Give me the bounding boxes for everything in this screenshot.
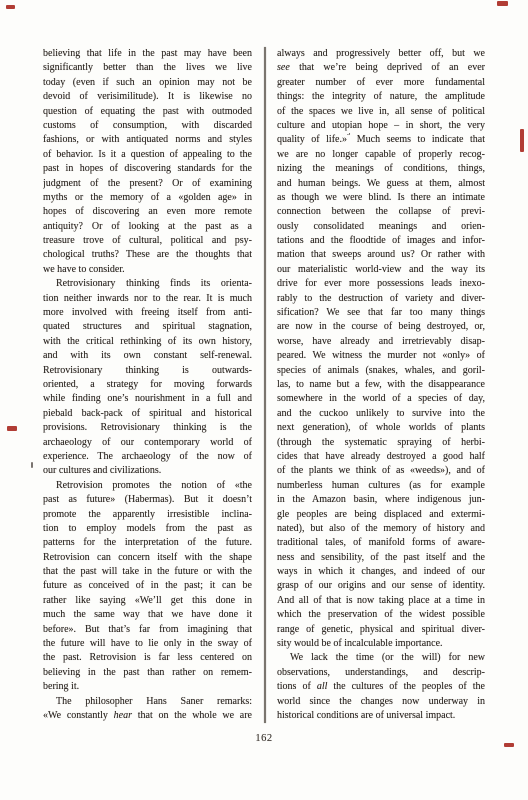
text-line: much the same way that we have done it	[43, 608, 252, 622]
text-line: somewhere in the world of a species of d…	[277, 392, 485, 406]
text-line: greater number of ever more fundamental	[277, 76, 485, 90]
text-line: more involved with freeing itself from a…	[43, 306, 252, 320]
text-line: while finding one’s nourishment in a ful…	[43, 392, 252, 406]
text-line: question of equating the past with outmo…	[43, 105, 252, 119]
text-line: before». But that’s far from imagining t…	[43, 623, 252, 637]
scan-edge-mark	[497, 1, 508, 6]
text-line: are now in the course of being destroyed…	[277, 320, 485, 334]
text-line: see that we’re being deprived of an ever	[277, 61, 485, 75]
text-line: historical conditions are of universal i…	[277, 709, 485, 723]
text-line: past as future» (Habermas). But it doesn…	[43, 493, 252, 507]
page-number: 162	[0, 733, 528, 744]
text-line: our materialistic world-view and the way…	[277, 263, 485, 277]
text-line: the future will have to lie only in the …	[43, 637, 252, 651]
text-line: customs of consumption, with discarded	[43, 119, 252, 133]
scan-edge-mark	[504, 743, 514, 747]
text-line: species of animals (snakes, whales, and …	[277, 364, 485, 378]
text-line: rably to the destruction of variety and …	[277, 292, 485, 306]
text-line: quated structures and spiritual stagnati…	[43, 320, 252, 334]
text-line: hopes of discovering an even more remote	[43, 205, 252, 219]
text-line: always and progressively better off, but…	[277, 47, 485, 61]
text-line: mation that sweeps around us? Or rather …	[277, 248, 485, 262]
scan-edge-mark	[7, 426, 17, 431]
text-line: We lack the time (or the will) for new	[277, 651, 485, 665]
text-line: devoid of verisimilitude). It is likewis…	[43, 90, 252, 104]
text-line: our cultures and civilizations.	[43, 464, 252, 478]
text-line: bering it.	[43, 680, 252, 694]
text-line: fashions, or with antiquated norms and s…	[43, 133, 252, 147]
text-line: provisions. Retrovisionary thinking is t…	[43, 421, 252, 435]
text-line: numberless human cultures (as for exampl…	[277, 479, 485, 493]
text-line: ously consolidated meanings and orien-	[277, 220, 485, 234]
text-line: world since the changes now underway in	[277, 695, 485, 709]
text-line: tion neither inwards nor to the rear. It…	[43, 292, 252, 306]
text-line: gle peoples are being displaced and exte…	[277, 508, 485, 522]
text-line: Retrovision promotes the notion of «the	[43, 479, 252, 493]
text-line: future as conceived of in the past; it c…	[43, 579, 252, 593]
text-line: that the past will take in the future or…	[43, 565, 252, 579]
text-line: tions of all the cultures of the peoples…	[277, 680, 485, 694]
text-line: experience. The archaeology of the now o…	[43, 450, 252, 464]
text-line: archaeology of our contemporary world of	[43, 436, 252, 450]
text-line: sification? We see that far too many thi…	[277, 306, 485, 320]
text-line: promote the apparently irresistible incl…	[43, 508, 252, 522]
text-line: range of genetic, physical and spiritual…	[277, 623, 485, 637]
text-line: with the critical rethinking of its own …	[43, 335, 252, 349]
text-line: And all of that is now taking place at a…	[277, 594, 485, 608]
text-line: observations, understandings, and descri…	[277, 666, 485, 680]
text-line: sity would be of incalculable importance…	[277, 637, 485, 651]
text-line: Retrovisionary thinking finds its orient…	[43, 277, 252, 291]
text-line: quality of life.»3 Much seems to indicat…	[277, 133, 485, 147]
scan-edge-mark	[6, 5, 15, 9]
text-line: (through the systematic spraying of herb…	[277, 436, 485, 450]
text-line: oriented, a strategy for moving forwards	[43, 378, 252, 392]
column-divider-rule	[264, 47, 266, 723]
text-line: next generation), of whole worlds of pla…	[277, 421, 485, 435]
text-line: today (even if such an opinion may not b…	[43, 76, 252, 90]
text-line: nizing the meanings of conditions, thing…	[277, 162, 485, 176]
text-line: the past. Retrovision is far less center…	[43, 651, 252, 665]
text-line: peared. We witness the murder not «only»…	[277, 349, 485, 363]
text-line: The philosopher Hans Saner remarks:	[43, 695, 252, 709]
text-line: tations and the floodtide of images and …	[277, 234, 485, 248]
text-line: of the spaces we live in, all sense of p…	[277, 105, 485, 119]
text-line: we are no longer capable of properly rec…	[277, 148, 485, 162]
text-line: believing in the past than rather on rem…	[43, 666, 252, 680]
text-line: «We constantly hear that on the whole we…	[43, 709, 252, 723]
text-line: things: the integrity of nature, the amp…	[277, 90, 485, 104]
text-line: and human beings. We guess at them, almo…	[277, 177, 485, 191]
text-line: piebald back-pack of spiritual and histo…	[43, 407, 252, 421]
scan-edge-mark	[520, 129, 524, 152]
text-line: significantly better than the lives we l…	[43, 61, 252, 75]
text-line: cides that have already destroyed a good…	[277, 450, 485, 464]
text-line: as though we were blind. Is there an int…	[277, 191, 485, 205]
text-line: judgment of the present? Or of examining	[43, 177, 252, 191]
text-line: in the Amazon basin, where indigenous ju…	[277, 493, 485, 507]
text-line: treasure trove of cultural, political an…	[43, 234, 252, 248]
text-line: drive for ever more possessions leads in…	[277, 277, 485, 291]
text-line: believing that life in the past may have…	[43, 47, 252, 61]
text-line: ways in which it changes, and indeed of …	[277, 565, 485, 579]
text-line: connection between the collapse of previ…	[277, 205, 485, 219]
text-line: rather like saying «We’ll get this done …	[43, 594, 252, 608]
text-line: ness and sensibility, of the past itself…	[277, 551, 485, 565]
text-line: and with its own constant self-renewal.	[43, 349, 252, 363]
book-page: believing that life in the past may have…	[0, 0, 528, 800]
text-line: Retrovision can concern itself with the …	[43, 551, 252, 565]
text-line: tion to employ models from the past as	[43, 522, 252, 536]
left-text-column: believing that life in the past may have…	[43, 47, 252, 723]
text-line: traditional tales, of manifold forms of …	[277, 536, 485, 550]
text-line: antiquity? Or of looking at the past as …	[43, 220, 252, 234]
text-line: worse, have already and irretrievably di…	[277, 335, 485, 349]
text-line: and the cuckoo unlikely to survive into …	[277, 407, 485, 421]
text-line: nated), but also of the memory of histor…	[277, 522, 485, 536]
text-line: grasp of our origins and our sense of id…	[277, 579, 485, 593]
text-line: we have to consider.	[43, 263, 252, 277]
text-line: chological truths? These are the thought…	[43, 248, 252, 262]
right-text-column: always and progressively better off, but…	[277, 47, 485, 723]
text-line: which the preservation of the widest pos…	[277, 608, 485, 622]
text-line: myths or the memory of a «golden age» in	[43, 191, 252, 205]
scan-edge-mark	[31, 462, 33, 468]
text-line: culture and utopian hope – in short, the…	[277, 119, 485, 133]
text-line: past in hopes of discovering standards f…	[43, 162, 252, 176]
text-line: of the plants we think of as «weeds»), a…	[277, 464, 485, 478]
text-line: Retrovisionary thinking is outwards-	[43, 364, 252, 378]
text-line: of behavior. Is it a question of appeali…	[43, 148, 252, 162]
text-line: patterns for the interpretation of the f…	[43, 536, 252, 550]
text-line: las, to name but a few, with the disappe…	[277, 378, 485, 392]
